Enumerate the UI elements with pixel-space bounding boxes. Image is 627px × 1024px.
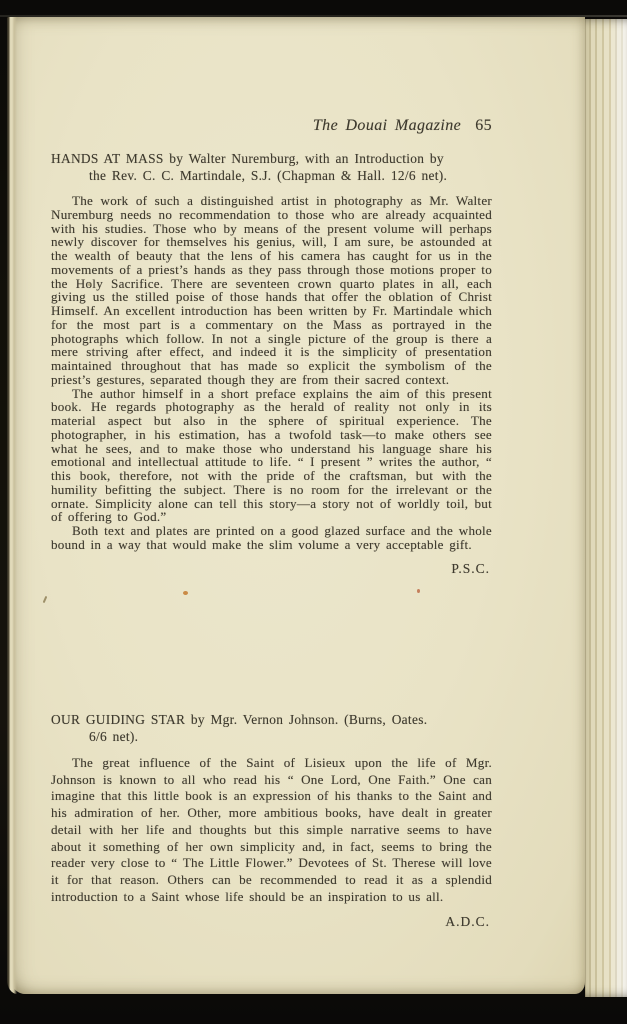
review-body: The work of such a distinguished artist … xyxy=(51,194,492,552)
page-content: The Douai Magazine65 HANDS AT MASS by Wa… xyxy=(51,17,492,994)
review-paragraph: The work of such a distinguished artist … xyxy=(51,194,492,387)
review-paragraph: Both text and plates are printed on a go… xyxy=(51,524,492,552)
foxing-speck xyxy=(417,589,420,593)
review-title-line: OUR GUIDING STAR by Mgr. Vernon Johnson.… xyxy=(51,711,492,728)
review-our-guiding-star: OUR GUIDING STAR by Mgr. Vernon Johnson.… xyxy=(51,711,492,930)
review-title-line: HANDS AT MASS by Walter Nuremburg, with … xyxy=(51,150,492,167)
page-number: 65 xyxy=(475,117,492,134)
review-title: OUR GUIDING STAR by Mgr. Vernon Johnson.… xyxy=(51,711,492,745)
reviewer-initials: P.S.C. xyxy=(51,561,492,577)
page-header: The Douai Magazine65 xyxy=(51,117,492,135)
review-paragraph: The author himself in a short preface ex… xyxy=(51,387,492,525)
review-title: HANDS AT MASS by Walter Nuremburg, with … xyxy=(51,150,492,184)
review-title-line: 6/6 net). xyxy=(51,728,492,745)
magazine-title: The Douai Magazine xyxy=(313,117,461,134)
book-scan: The Douai Magazine65 HANDS AT MASS by Wa… xyxy=(0,0,627,1024)
review-body: The great influence of the Saint of Lisi… xyxy=(51,755,492,905)
reviewer-initials: A.D.C. xyxy=(51,914,492,930)
review-hands-at-mass: HANDS AT MASS by Walter Nuremburg, with … xyxy=(51,150,492,577)
foxing-speck xyxy=(88,283,91,286)
book-page: The Douai Magazine65 HANDS AT MASS by Wa… xyxy=(7,17,585,994)
foxing-speck xyxy=(183,591,188,595)
review-paragraph: The great influence of the Saint of Lisi… xyxy=(51,755,492,905)
book-fore-edge-pages xyxy=(585,19,627,997)
review-title-line: the Rev. C. C. Martindale, S.J. (Chapman… xyxy=(51,167,492,184)
